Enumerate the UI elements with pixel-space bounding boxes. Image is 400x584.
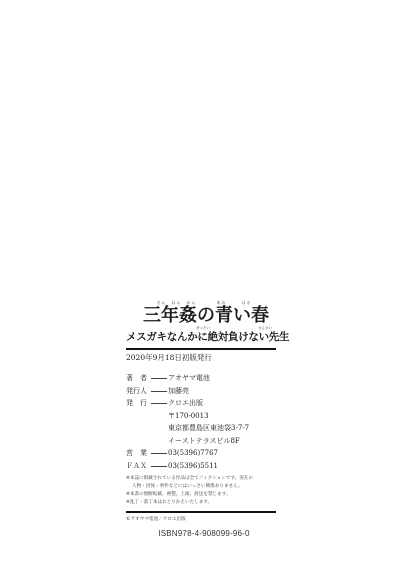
colophon-block: さん ねん かん あお はる 三年姦の青い春 ぜったい せんせい メスガキなんか… — [130, 300, 278, 538]
contact-value: 03(5396)7767 — [168, 447, 218, 460]
isbn: ISBN978-4-908099-96-0 — [130, 529, 278, 538]
address-line2: イーストテラスビル8F — [126, 435, 278, 448]
address-postal: 〒170-0013 — [126, 410, 278, 423]
address-line1: 東京都豊島区東池袋3-7-7 — [126, 422, 278, 435]
dash-leader — [150, 447, 168, 460]
subtitle-ruby: ぜったい せんせい — [130, 326, 278, 331]
contact-row-sales: 営 業 03(5396)7767 — [126, 447, 278, 460]
credit-label: 著 者 — [126, 372, 150, 385]
dash-leader — [150, 460, 168, 473]
dash-leader — [150, 397, 168, 410]
note-line: 人物・団体・事件などにはいっさい関係ありません。 — [126, 483, 278, 491]
book-title: 三年姦の青い春 — [134, 306, 278, 326]
credit-label: 発行人 — [126, 385, 150, 398]
contact-value: 03(5396)5511 — [168, 460, 218, 473]
title-ruby: さん ねん かん あお はる — [130, 300, 278, 306]
dash-leader — [150, 372, 168, 385]
bottom-divider — [126, 511, 276, 513]
note-line: ※乱丁・落丁本はおとりかえいたします。 — [126, 499, 278, 507]
book-subtitle: メスガキなんかに絶対負けない先生 — [126, 331, 278, 343]
legal-notes: ※本誌に掲載されている作品は全てフィクションです。実在の 人物・団体・事件などに… — [126, 475, 278, 507]
subtitle-ruby-1: ぜったい — [196, 326, 210, 331]
copyright: ©アオヤマ電池／クロエ出版 — [126, 516, 278, 523]
contact-label: 営 業 — [126, 447, 150, 460]
contact-label: ＦＡＸ — [126, 460, 150, 473]
top-divider — [126, 348, 276, 350]
note-line: ※本誌に掲載されている作品は全てフィクションです。実在の — [126, 475, 278, 483]
credit-value: アオヤマ電池 — [168, 372, 210, 385]
credit-label: 発 行 — [126, 397, 150, 410]
credit-row-publisher: 発 行 クロエ出版 — [126, 397, 278, 410]
dash-leader — [150, 385, 168, 398]
contact-row-fax: ＦＡＸ 03(5396)5511 — [126, 460, 278, 473]
credit-value: クロエ出版 — [168, 397, 203, 410]
credit-row-author: 著 者 アオヤマ電池 — [126, 372, 278, 385]
credit-row-publisher-person: 発行人 加藤亮 — [126, 385, 278, 398]
credit-value: 加藤亮 — [168, 385, 189, 398]
note-line: ※本書の無断転載、複製、上演、放送を禁じます。 — [126, 491, 278, 499]
subtitle-ruby-2: せんせい — [258, 326, 272, 331]
credits-section: 著 者 アオヤマ電池 発行人 加藤亮 発 行 クロエ出版 〒170-0013 東… — [126, 372, 278, 472]
publication-date: 2020年9月18日初版発行 — [126, 353, 278, 363]
